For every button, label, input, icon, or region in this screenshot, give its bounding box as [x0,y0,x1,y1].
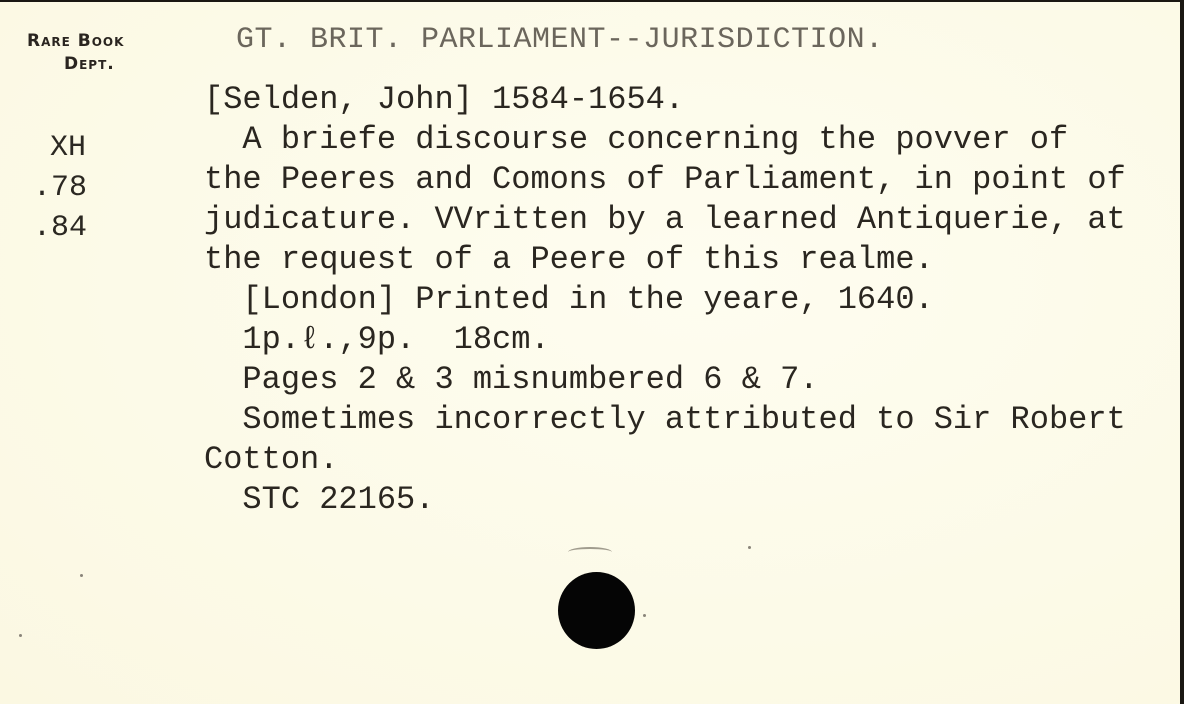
note-line: Sometimes incorrectly attributed to Sir … [204,400,1126,440]
author-entry: [Selden, John] 1584-1654. [204,80,684,120]
call-number-cutter-2: .84 [33,208,87,248]
title-line: judicature. VVritten by a learned Antiqu… [204,200,1126,240]
title-line: the Peeres and Comons of Parliament, in … [204,160,1126,200]
speck [80,574,83,577]
title-line: A briefe discourse concerning the povver… [204,120,1068,160]
speck [19,634,22,637]
catalog-card: Rare Book Dept. XH .78 .84 GT. BRIT. PAR… [0,2,1180,704]
speck [748,546,751,549]
subject-heading: GT. BRIT. PARLIAMENT--JURISDICTION. [236,20,884,60]
speck [643,614,646,617]
note-line: Pages 2 & 3 misnumbered 6 & 7. [204,360,819,400]
collation: 1p.ℓ.,9p. 18cm. [204,320,550,360]
call-number-class: XH [50,128,86,168]
location-stamp-line-1: Rare Book [27,31,124,51]
location-stamp-line-2: Dept. [64,54,115,74]
punch-hole [558,572,635,649]
call-number-cutter-1: .78 [33,168,87,208]
note-line: STC 22165. [204,480,434,520]
note-line: Cotton. [204,440,338,480]
smudge-mark [568,547,612,557]
title-line: the request of a Peere of this realme. [204,240,934,280]
imprint: [London] Printed in the yeare, 1640. [204,280,934,320]
